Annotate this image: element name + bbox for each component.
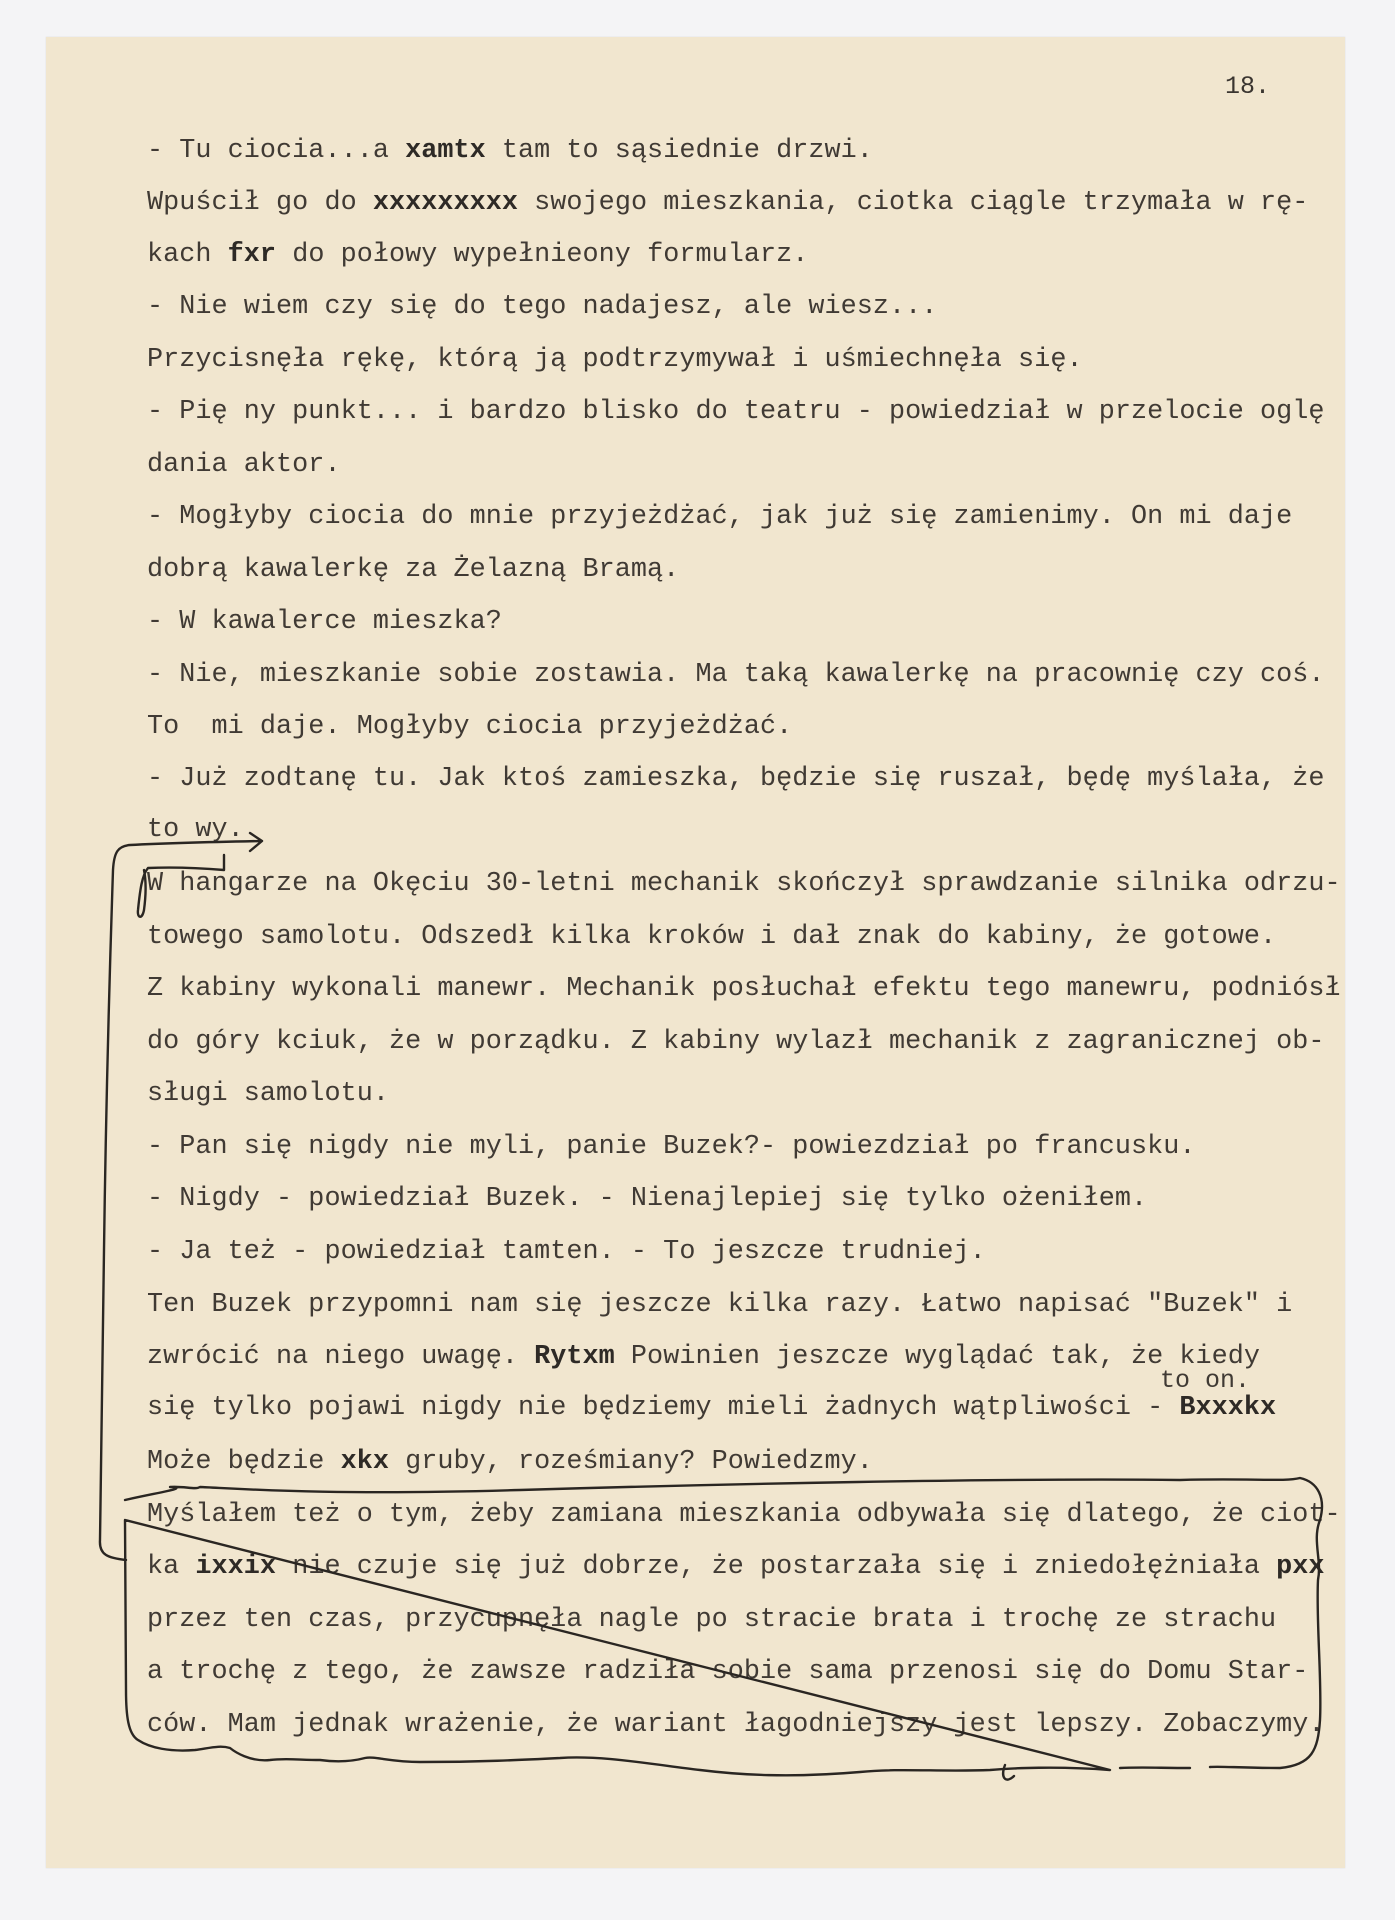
text-line: - Nie wiem czy się do tego nadajesz, ale… xyxy=(147,292,937,322)
text-line: zwrócić na niego uwagę. Rytxm Powinien j… xyxy=(147,1342,1260,1372)
struck-text: xkx xyxy=(341,1447,389,1477)
struck-text: Rytxm xyxy=(534,1342,615,1372)
text-line: - W kawalerce mieszka? xyxy=(147,607,502,637)
text-line: W hangarze na Okęciu 30-letni mechanik s… xyxy=(147,869,1341,899)
text-line: ców. Mam jednak wrażenie, że wariant łag… xyxy=(147,1710,1325,1740)
struck-text: pxx xyxy=(1276,1552,1324,1582)
text-line: - Mogłyby ciocia do mnie przyjeżdżać, ja… xyxy=(147,502,1292,532)
text-line: - Nie, mieszkanie sobie zostawia. Ma tak… xyxy=(147,660,1325,690)
text-line: dania aktor. xyxy=(147,450,341,480)
text-line: a trochę z tego, że zawsze radziła sobie… xyxy=(147,1657,1308,1687)
page-number: 18. xyxy=(1225,72,1270,101)
text-line: Myślałem też o tym, żeby zamiana mieszka… xyxy=(147,1500,1341,1530)
struck-text: fxr xyxy=(228,240,276,270)
text-line: - Tu ciocia...a xamtx tam to sąsiednie d… xyxy=(147,136,873,166)
text-line: - Pię ny punkt... i bardzo blisko do tea… xyxy=(147,397,1325,427)
text-line: - Ja też - powiedział tamten. - To jeszc… xyxy=(147,1237,986,1267)
text-line: towego samolotu. Odszedł kilka kroków i … xyxy=(147,922,1276,952)
text-line: To mi daje. Mogłyby ciocia przyjeżdżać. xyxy=(147,712,792,742)
text-line: Może będzie xkx gruby, roześmiany? Powie… xyxy=(147,1447,873,1477)
text-line: Ten Buzek przypomni nam się jeszcze kilk… xyxy=(147,1290,1292,1320)
typed-insertion: to on. xyxy=(1160,1366,1250,1395)
struck-text: xxxxxxxxx xyxy=(373,188,518,218)
text-line: do góry kciuk, że w porządku. Z kabiny w… xyxy=(147,1027,1325,1057)
text-line: - Nigdy - powiedział Buzek. - Nienajlepi… xyxy=(147,1184,1147,1214)
text-line: - Już zodtanę tu. Jak ktoś zamieszka, bę… xyxy=(147,764,1325,794)
text-line: - Pan się nigdy nie myli, panie Buzek?- … xyxy=(147,1132,1196,1162)
text-line: sługi samolotu. xyxy=(147,1079,389,1109)
text-line: przez ten czas, przycupnęła nagle po str… xyxy=(147,1605,1276,1635)
text-line: ka ixxix nie czuje się już dobrze, że po… xyxy=(147,1552,1325,1582)
text-line: Przycisnęła rękę, którą ją podtrzymywał … xyxy=(147,345,1083,375)
text-line: kach fxr do połowy wypełnieony formularz… xyxy=(147,240,808,270)
text-line: Wpuścił go do xxxxxxxxx swojego mieszkan… xyxy=(147,188,1308,218)
struck-text: ixxix xyxy=(195,1552,276,1582)
text-line: to wy. xyxy=(147,815,244,845)
struck-text: Bxxxkx xyxy=(1179,1393,1276,1423)
text-line: się tylko pojawi nigdy nie będziemy miel… xyxy=(147,1393,1276,1423)
text-line: dobrą kawalerkę za Żelazną Bramą. xyxy=(147,555,679,585)
text-line: Z kabiny wykonali manewr. Mechanik posłu… xyxy=(147,974,1341,1004)
struck-text: xamtx xyxy=(405,136,486,166)
